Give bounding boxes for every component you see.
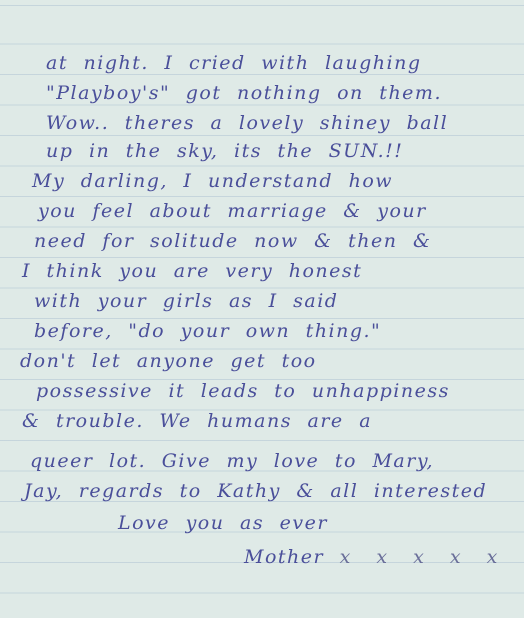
letter-line: don't let anyone get too	[20, 350, 317, 372]
letter-line: My darling, I understand how	[32, 170, 393, 192]
letter-line: I think you are very honest	[22, 260, 362, 282]
letter-signature: Mother x x x x x	[244, 546, 503, 568]
letter-line: up in the sky, its the SUN.!!	[46, 140, 403, 162]
letter-line: Wow.. theres a lovely shiney ball	[46, 112, 448, 134]
signature-name: Mother	[244, 546, 324, 568]
letter-line: & trouble. We humans are a	[22, 410, 372, 432]
kisses: x x x x x	[340, 546, 504, 568]
letter-page: at night. I cried with laughing "Playboy…	[0, 0, 524, 618]
letter-line: at night. I cried with laughing	[46, 52, 422, 74]
letter-line: before, "do your own thing."	[34, 320, 381, 342]
letter-line: possessive it leads to unhappiness	[36, 380, 450, 402]
letter-line: "Playboy's" got nothing on them.	[46, 82, 442, 104]
letter-line: need for solitude now & then &	[34, 230, 431, 252]
letter-line: you feel about marriage & your	[38, 200, 427, 222]
letter-closing: Love you as ever	[118, 512, 328, 534]
letter-line: Jay, regards to Kathy & all interested	[24, 480, 487, 502]
letter-line: queer lot. Give my love to Mary,	[30, 450, 434, 472]
letter-line: with your girls as I said	[34, 290, 338, 312]
